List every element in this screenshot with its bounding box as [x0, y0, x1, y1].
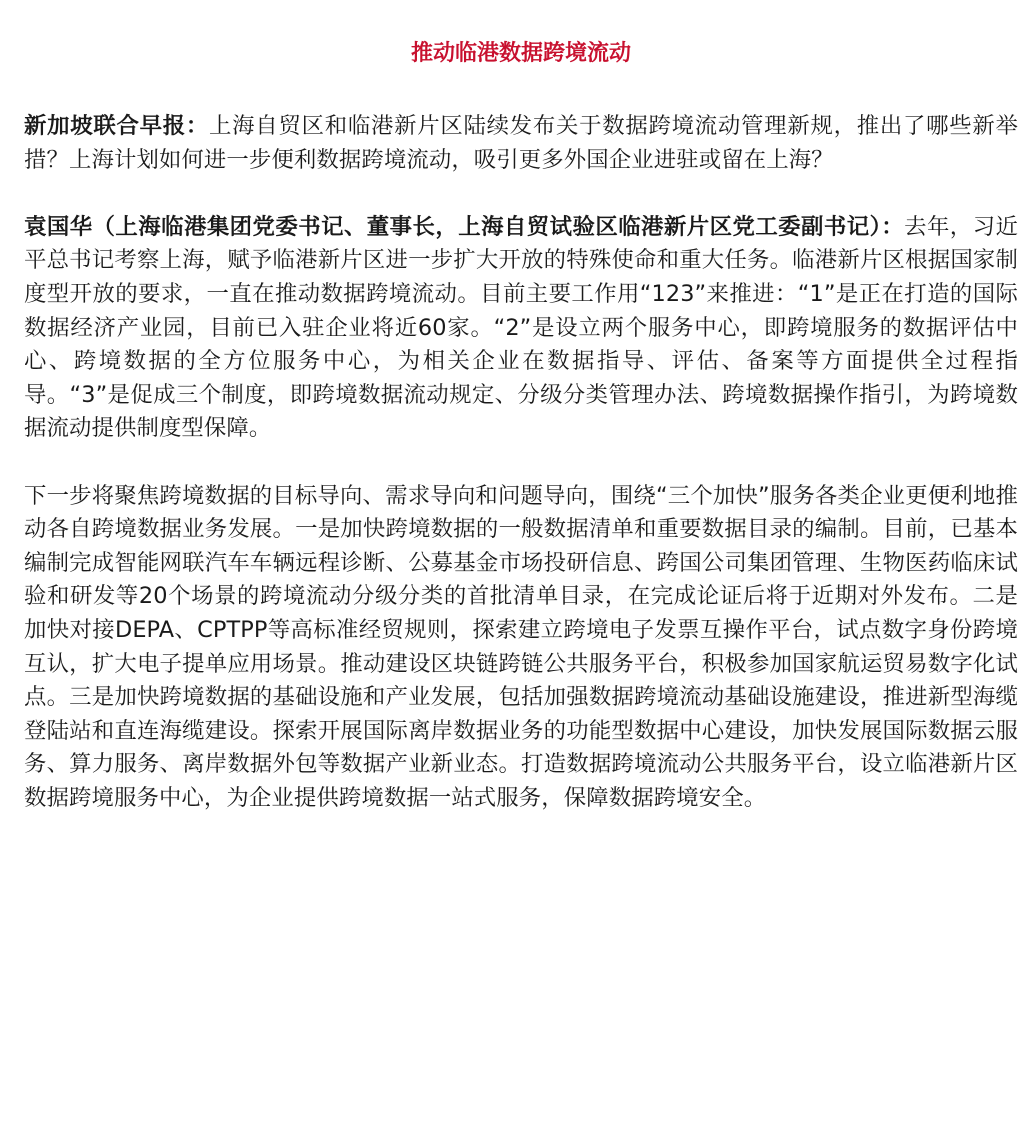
article-title: 推动临港数据跨境流动 — [24, 0, 1018, 74]
speaker-label: 袁国华（上海临港集团党委书记、董事长，上海自贸试验区临港新片区党工委副书记）： — [24, 214, 904, 240]
paragraph-text: 去年，习近平总书记考察上海，赋予临港新片区进一步扩大开放的特殊使命和重大任务。临… — [24, 214, 1018, 442]
speaker-label: 新加坡联合早报： — [24, 113, 209, 139]
paragraph-text: 下一步将聚焦跨境数据的目标导向、需求导向和问题导向，围绕“三个加快”服务各类企业… — [24, 483, 1018, 811]
answer-continuation-paragraph: 下一步将聚焦跨境数据的目标导向、需求导向和问题导向，围绕“三个加快”服务各类企业… — [24, 480, 1018, 816]
question-paragraph: 新加坡联合早报：上海自贸区和临港新片区陆续发布关于数据跨境流动管理新规，推出了哪… — [24, 110, 1018, 177]
article: 推动临港数据跨境流动 新加坡联合早报：上海自贸区和临港新片区陆续发布关于数据跨境… — [0, 0, 1032, 815]
answer-paragraph: 袁国华（上海临港集团党委书记、董事长，上海自贸试验区临港新片区党工委副书记）：去… — [24, 211, 1018, 446]
